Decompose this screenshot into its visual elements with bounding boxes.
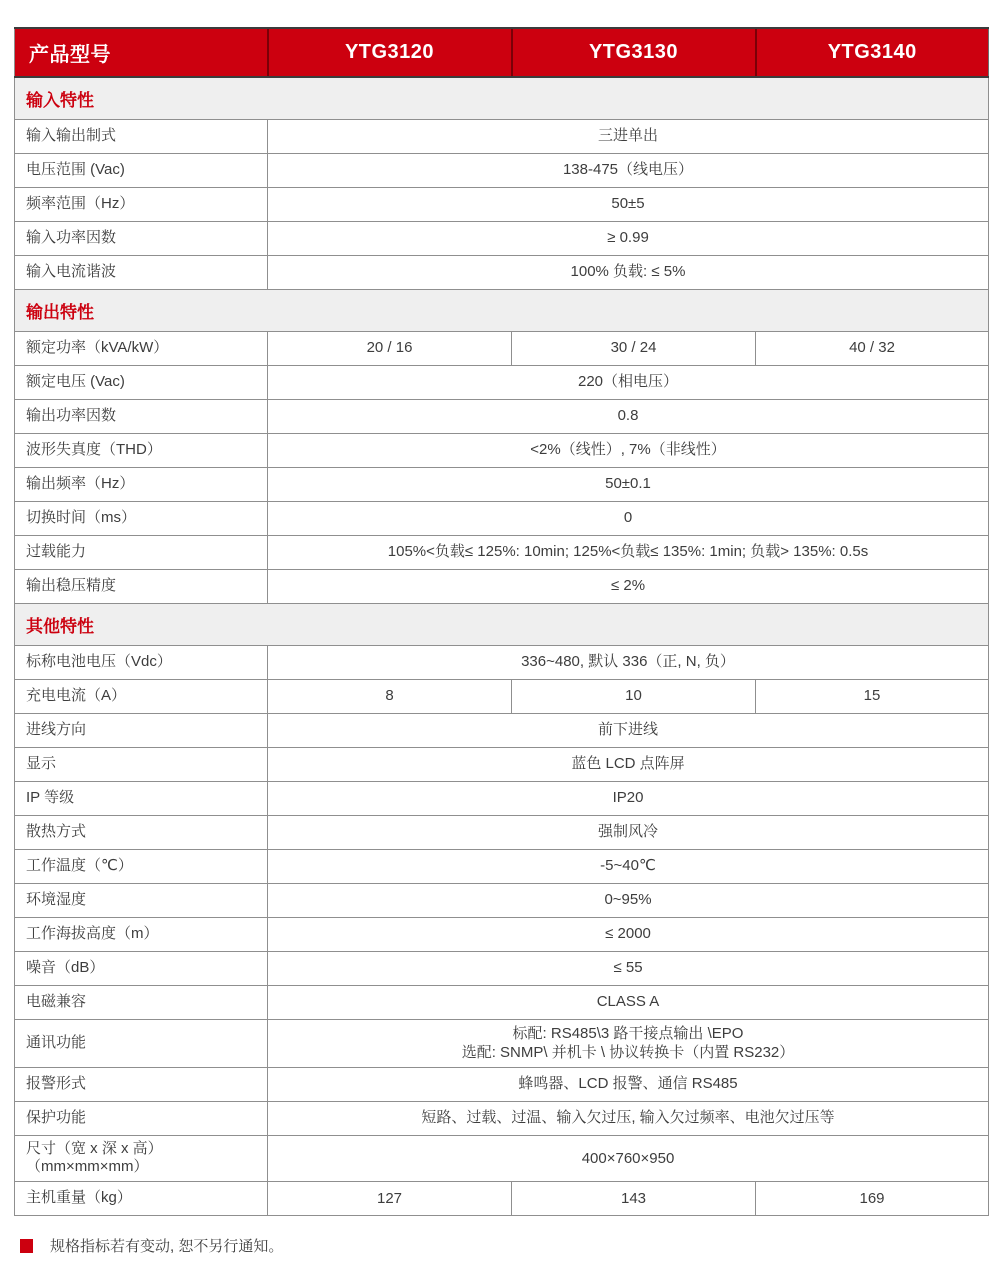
spec-value: 50±0.1: [268, 467, 989, 501]
spec-value: 143: [512, 1182, 756, 1216]
spec-row: 切换时间（ms）0: [15, 501, 989, 535]
spec-table: 产品型号YTG3120YTG3130YTG3140 输入特性输入输出制式三进单出…: [14, 27, 989, 1216]
spec-row: IP 等级IP20: [15, 781, 989, 815]
spec-label: 额定功率（kVA/kW）: [15, 331, 268, 365]
model-header-row: 产品型号YTG3120YTG3130YTG3140: [15, 28, 989, 77]
spec-label: 工作温度（℃）: [15, 849, 268, 883]
spec-table-body: 输入特性输入输出制式三进单出电压范围 (Vac)138-475（线电压）频率范围…: [15, 77, 989, 1216]
spec-value: 蜂鸣器、LCD 报警、通信 RS485: [268, 1067, 989, 1101]
spec-value: IP20: [268, 781, 989, 815]
spec-label: 充电电流（A）: [15, 679, 268, 713]
spec-value: ≤ 2%: [268, 569, 989, 603]
spec-row: 工作温度（℃）-5~40℃: [15, 849, 989, 883]
section-title: 其他特性: [15, 603, 989, 645]
spec-row: 主机重量（kg）127143169: [15, 1182, 989, 1216]
spec-row: 输入电流谐波100% 负载: ≤ 5%: [15, 255, 989, 289]
spec-value: CLASS A: [268, 985, 989, 1019]
spec-value: ≥ 0.99: [268, 221, 989, 255]
spec-label: 过载能力: [15, 535, 268, 569]
spec-row: 环境湿度0~95%: [15, 883, 989, 917]
footnote: 规格指标若有变动, 恕不另行通知。: [20, 1235, 988, 1256]
spec-row: 输出功率因数0.8: [15, 399, 989, 433]
spec-label: 进线方向: [15, 713, 268, 747]
spec-label: 散热方式: [15, 815, 268, 849]
red-square-bullet-icon: [20, 1239, 33, 1253]
spec-label: 环境湿度: [15, 883, 268, 917]
spec-row: 频率范围（Hz）50±5: [15, 187, 989, 221]
spec-label: 切换时间（ms）: [15, 501, 268, 535]
section-title: 输出特性: [15, 289, 989, 331]
spec-value: 强制风冷: [268, 815, 989, 849]
spec-label: 标称电池电压（Vdc）: [15, 645, 268, 679]
spec-value: 短路、过载、过温、输入欠过压, 输入欠过频率、电池欠过压等: [268, 1101, 989, 1135]
spec-label: 工作海拔高度（m）: [15, 917, 268, 951]
spec-value: 40 / 32: [756, 331, 989, 365]
spec-label: 输入功率因数: [15, 221, 268, 255]
spec-value: 50±5: [268, 187, 989, 221]
model-header-cell: YTG3120: [268, 28, 512, 77]
spec-value: 30 / 24: [512, 331, 756, 365]
spec-row: 尺寸（宽 x 深 x 高）（mm×mm×mm）400×760×950: [15, 1135, 989, 1182]
section-row: 输入特性: [15, 77, 989, 119]
spec-row: 输出稳压精度≤ 2%: [15, 569, 989, 603]
spec-value: 220（相电压）: [268, 365, 989, 399]
spec-row: 进线方向前下进线: [15, 713, 989, 747]
spec-value: 标配: RS485\3 路干接点输出 \EPO选配: SNMP\ 并机卡 \ 协…: [268, 1019, 989, 1067]
spec-value: 8: [268, 679, 512, 713]
spec-value: ≤ 2000: [268, 917, 989, 951]
spec-label: 输入输出制式: [15, 119, 268, 153]
spec-value: <2%（线性）, 7%（非线性）: [268, 433, 989, 467]
spec-label: 噪音（dB）: [15, 951, 268, 985]
spec-value: 127: [268, 1182, 512, 1216]
spec-row: 额定功率（kVA/kW）20 / 1630 / 2440 / 32: [15, 331, 989, 365]
spec-value: 前下进线: [268, 713, 989, 747]
spec-value: 400×760×950: [268, 1135, 989, 1182]
spec-value: 蓝色 LCD 点阵屏: [268, 747, 989, 781]
spec-row: 标称电池电压（Vdc）336~480, 默认 336（正, N, 负）: [15, 645, 989, 679]
spec-row: 过载能力105%<负载≤ 125%: 10min; 125%<负载≤ 135%:…: [15, 535, 989, 569]
spec-label: 保护功能: [15, 1101, 268, 1135]
page: 产品型号YTG3120YTG3130YTG3140 输入特性输入输出制式三进单出…: [0, 0, 1000, 1256]
spec-label: 通讯功能: [15, 1019, 268, 1067]
spec-value: 三进单出: [268, 119, 989, 153]
spec-label: 电磁兼容: [15, 985, 268, 1019]
spec-value: 169: [756, 1182, 989, 1216]
spec-value: 105%<负载≤ 125%: 10min; 125%<负载≤ 135%: 1mi…: [268, 535, 989, 569]
spec-label: 频率范围（Hz）: [15, 187, 268, 221]
spec-label: 电压范围 (Vac): [15, 153, 268, 187]
spec-label: 报警形式: [15, 1067, 268, 1101]
spec-value: 10: [512, 679, 756, 713]
spec-row: 噪音（dB）≤ 55: [15, 951, 989, 985]
footnote-text: 规格指标若有变动, 恕不另行通知。: [50, 1235, 283, 1256]
spec-row: 输出频率（Hz）50±0.1: [15, 467, 989, 501]
section-title: 输入特性: [15, 77, 989, 119]
spec-label: 输出稳压精度: [15, 569, 268, 603]
spec-value: 100% 负载: ≤ 5%: [268, 255, 989, 289]
spec-label: 显示: [15, 747, 268, 781]
spec-row: 充电电流（A）81015: [15, 679, 989, 713]
spec-row: 散热方式强制风冷: [15, 815, 989, 849]
spec-label: 额定电压 (Vac): [15, 365, 268, 399]
spec-row: 显示蓝色 LCD 点阵屏: [15, 747, 989, 781]
spec-row: 保护功能短路、过载、过温、输入欠过压, 输入欠过频率、电池欠过压等: [15, 1101, 989, 1135]
spec-value: 0.8: [268, 399, 989, 433]
spec-row: 额定电压 (Vac)220（相电压）: [15, 365, 989, 399]
spec-label: 输出频率（Hz）: [15, 467, 268, 501]
spec-label: 尺寸（宽 x 深 x 高）（mm×mm×mm）: [15, 1135, 268, 1182]
spec-row: 通讯功能标配: RS485\3 路干接点输出 \EPO选配: SNMP\ 并机卡…: [15, 1019, 989, 1067]
spec-label: 主机重量（kg）: [15, 1182, 268, 1216]
spec-row: 输入功率因数≥ 0.99: [15, 221, 989, 255]
spec-value: -5~40℃: [268, 849, 989, 883]
spec-label: 输出功率因数: [15, 399, 268, 433]
section-row: 其他特性: [15, 603, 989, 645]
spec-row: 波形失真度（THD）<2%（线性）, 7%（非线性）: [15, 433, 989, 467]
spec-row: 电磁兼容CLASS A: [15, 985, 989, 1019]
spec-label: IP 等级: [15, 781, 268, 815]
spec-row: 报警形式蜂鸣器、LCD 报警、通信 RS485: [15, 1067, 989, 1101]
model-header-cell: YTG3140: [756, 28, 989, 77]
spec-value: 336~480, 默认 336（正, N, 负）: [268, 645, 989, 679]
spec-label: 波形失真度（THD）: [15, 433, 268, 467]
spec-row: 输入输出制式三进单出: [15, 119, 989, 153]
spec-value: 15: [756, 679, 989, 713]
spec-value: 0~95%: [268, 883, 989, 917]
spec-row: 电压范围 (Vac)138-475（线电压）: [15, 153, 989, 187]
spec-value: 138-475（线电压）: [268, 153, 989, 187]
model-header-cell: YTG3130: [512, 28, 756, 77]
spec-row: 工作海拔高度（m）≤ 2000: [15, 917, 989, 951]
product-model-header-cell: 产品型号: [15, 28, 268, 77]
section-row: 输出特性: [15, 289, 989, 331]
spec-value: ≤ 55: [268, 951, 989, 985]
spec-value: 0: [268, 501, 989, 535]
spec-label: 输入电流谐波: [15, 255, 268, 289]
spec-value: 20 / 16: [268, 331, 512, 365]
